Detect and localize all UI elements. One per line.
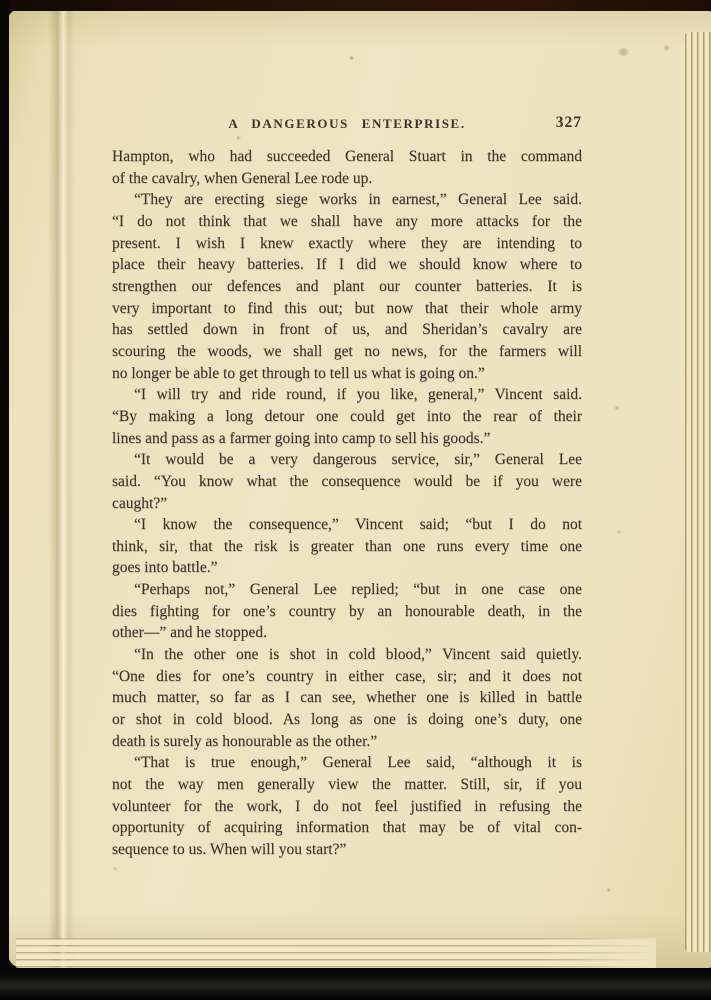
text-line: “One dies for one’s country in either ca…	[112, 666, 582, 688]
foxing-spot	[606, 888, 611, 892]
text-line: has settled down in front of us, and She…	[112, 319, 582, 341]
foxing-spot	[618, 48, 629, 56]
text-line: dies fighting for one’s country by an ho…	[112, 601, 582, 623]
text-line: very important to find this out; but now…	[112, 298, 582, 320]
foxing-spot	[615, 406, 619, 410]
text-line: think, sir, that the risk is greater tha…	[112, 536, 582, 558]
scan-background-left	[0, 0, 9, 1000]
scan-background-top	[0, 0, 711, 11]
text-line: lines and pass as a farmer going into ca…	[112, 428, 582, 450]
text-line: present. I wish I knew exactly where the…	[112, 233, 582, 255]
text-line: death is surely as honourable as the oth…	[112, 731, 582, 753]
book-page: A DANGEROUS ENTERPRISE. 327 Hampton, who…	[8, 10, 711, 968]
text-line: caught?”	[112, 493, 582, 515]
text-line: “I do not think that we shall have any m…	[112, 211, 582, 233]
foxing-spot	[349, 56, 354, 60]
text-line: “By making a long detour one could get i…	[112, 406, 582, 428]
text-line: opportunity of acquiring information tha…	[112, 817, 582, 839]
text-line: “I will try and ride round, if you like,…	[112, 384, 582, 406]
book-scan: A DANGEROUS ENTERPRISE. 327 Hampton, who…	[0, 0, 711, 1000]
text-line: goes into battle.”	[112, 557, 582, 579]
text-line: scouring the woods, we shall get no news…	[112, 341, 582, 363]
text-line: said. “You know what the consequence wou…	[112, 471, 582, 493]
text-line: of the cavalry, when General Lee rode up…	[112, 168, 582, 190]
text-line: volunteer for the work, I do not feel ju…	[112, 796, 582, 818]
text-line: no longer be able to get through to tell…	[112, 363, 582, 385]
text-line: Hampton, who had succeeded General Stuar…	[112, 146, 582, 168]
page-number: 327	[112, 114, 582, 132]
text-line: or shot in cold blood. As long as one is…	[112, 709, 582, 731]
text-line: strengthen our defences and plant our co…	[112, 276, 582, 298]
text-line: sequence to us. When will you start?”	[112, 839, 582, 861]
text-line: “It would be a very dangerous service, s…	[112, 449, 582, 471]
text-line: “They are erecting siege works in earnes…	[112, 189, 582, 211]
page-edge-stack-bottom	[16, 938, 656, 968]
gutter-crease	[48, 10, 76, 968]
foxing-spot	[236, 136, 241, 140]
text-line: “That is true enough,” General Lee said,…	[112, 752, 582, 774]
foxing-spot	[113, 867, 117, 870]
text-line: “In the other one is shot in cold blood,…	[112, 644, 582, 666]
text-line: place their heavy batteries. If I did we…	[112, 254, 582, 276]
page-edge-stack-right	[685, 32, 711, 952]
text-line: “I know the consequence,” Vincent said; …	[112, 514, 582, 536]
foxing-spot	[617, 530, 621, 534]
text-line: not the way men generally view the matte…	[112, 774, 582, 796]
text-block: Hampton, who had succeeded General Stuar…	[112, 146, 582, 861]
text-line: “Perhaps not,” General Lee replied; “but…	[112, 579, 582, 601]
foxing-spot	[663, 45, 670, 51]
scan-background-bottom	[0, 968, 711, 1000]
text-line: other—” and he stopped.	[112, 622, 582, 644]
text-line: much matter, so far as I can see, whethe…	[112, 687, 582, 709]
